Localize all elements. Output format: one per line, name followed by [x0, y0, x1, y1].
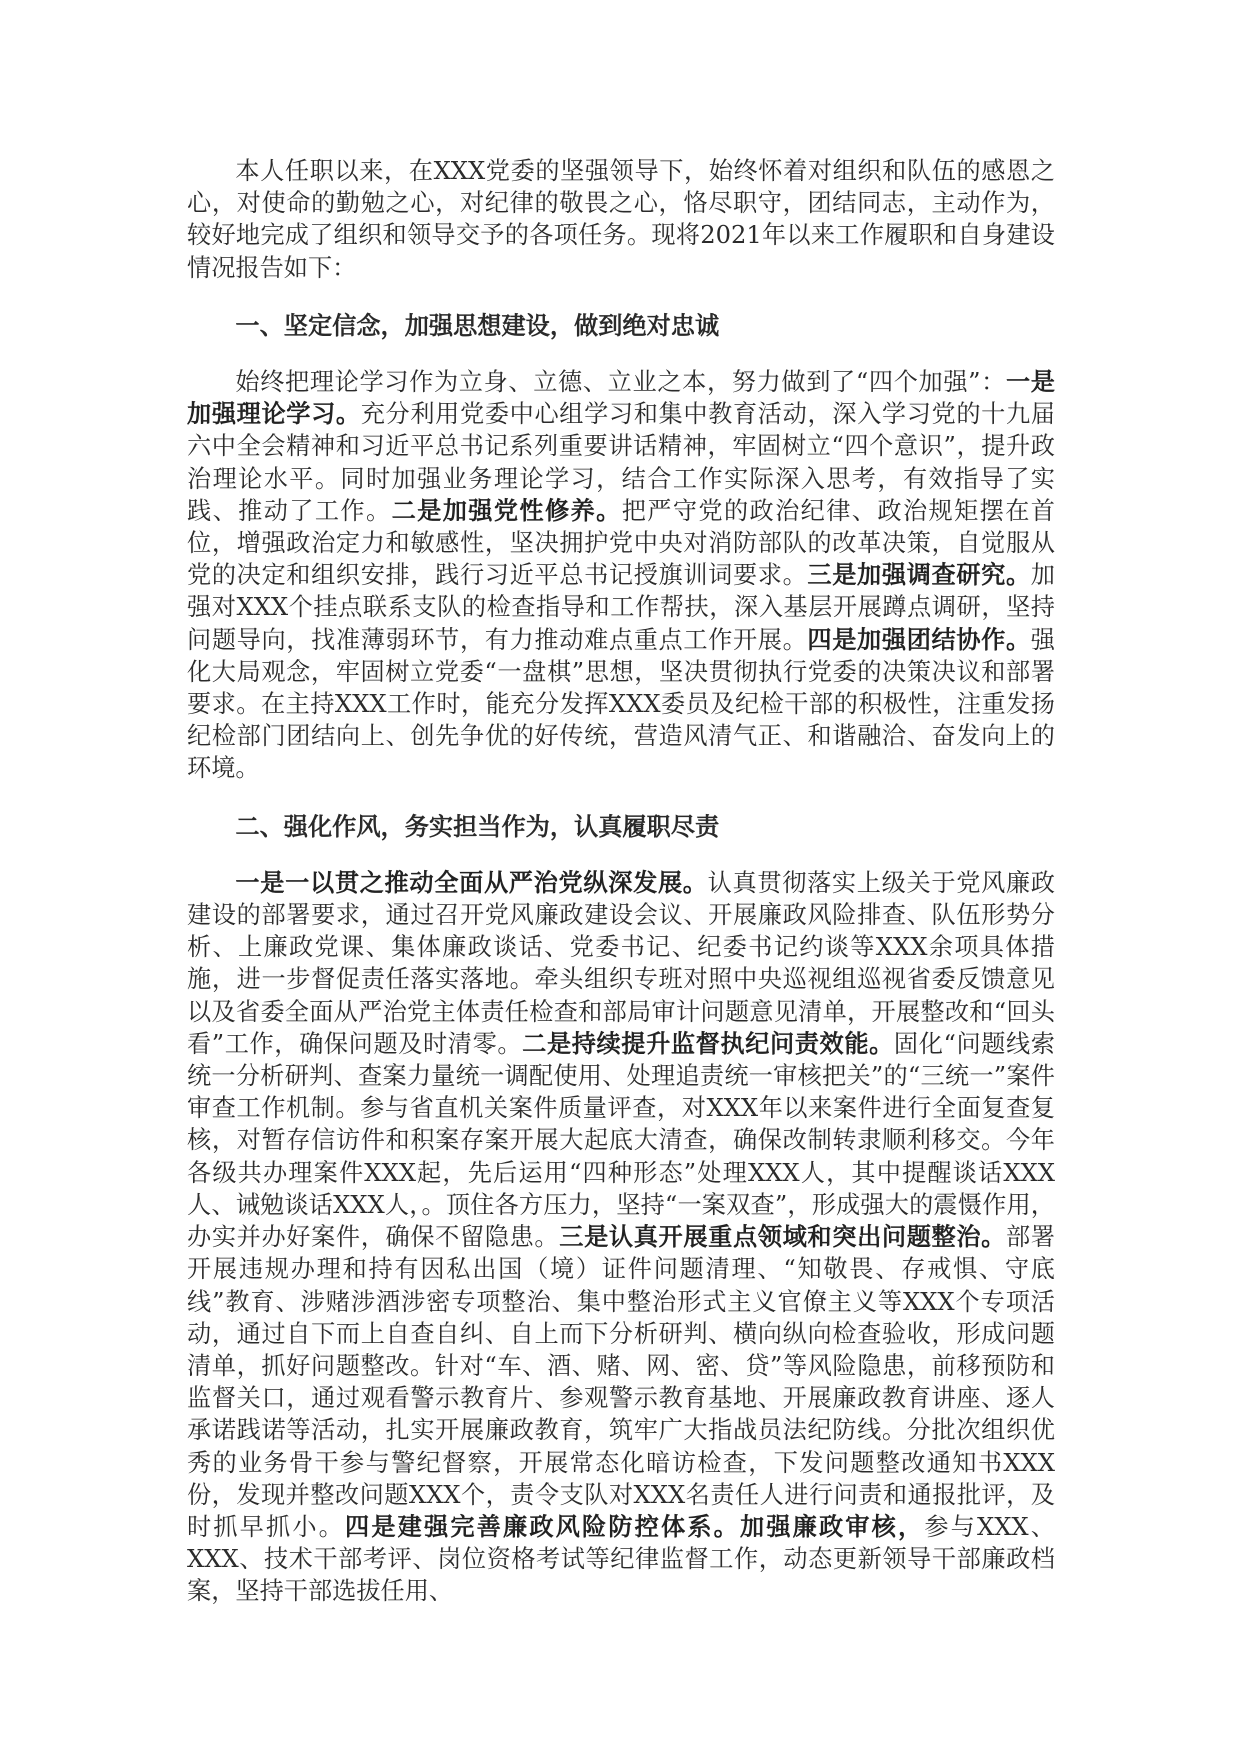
item-text: 部署开展违规办理和持有因私出国（境）证件问题清理、“知敬畏、存戒惧、守底线”教育… [187, 1223, 1055, 1541]
intro-paragraph: 本人任职以来，在XXX党委的坚强领导下，始终怀着对组织和队伍的感恩之心，对使命的… [187, 155, 1055, 284]
section-1-paragraph: 始终把理论学习作为立身、立德、立业之本，努力做到了“四个加强”：一是加强理论学习… [187, 366, 1055, 785]
section-2-heading: 二、强化作风，务实担当作为，认真履职尽责 [187, 811, 1055, 843]
item-lead: 三是加强调查研究。 [807, 561, 1030, 589]
item-lead: 三是认真开展重点领域和突出问题整治。 [559, 1223, 1006, 1251]
item-lead: 四是建强完善廉政风险防控体系。加强廉政审核， [345, 1513, 924, 1541]
item-lead: 一是一以贯之推动全面从严治党纵深发展。 [235, 869, 707, 897]
section-1-heading: 一、坚定信念，加强思想建设，做到绝对忠诚 [187, 310, 1055, 342]
item-lead: 四是加强团结协作。 [807, 626, 1030, 654]
item-lead: 二是加强党性修养。 [392, 497, 622, 525]
document-page: 本人任职以来，在XXX党委的坚强领导下，始终怀着对组织和队伍的感恩之心，对使命的… [187, 155, 1055, 1608]
section-1-opening: 始终把理论学习作为立身、立德、立业之本，努力做到了“四个加强”： [235, 368, 1006, 396]
item-lead: 二是持续提升监督执纪问责效能。 [522, 1030, 894, 1058]
section-2-paragraph: 一是一以贯之推动全面从严治党纵深发展。认真贯彻落实上级关于党风廉政建设的部署要求… [187, 867, 1055, 1608]
item-text: 固化“问题线索统一分析研判、查案力量统一调配使用、处理追责统一审核把关”的“三统… [187, 1030, 1055, 1251]
